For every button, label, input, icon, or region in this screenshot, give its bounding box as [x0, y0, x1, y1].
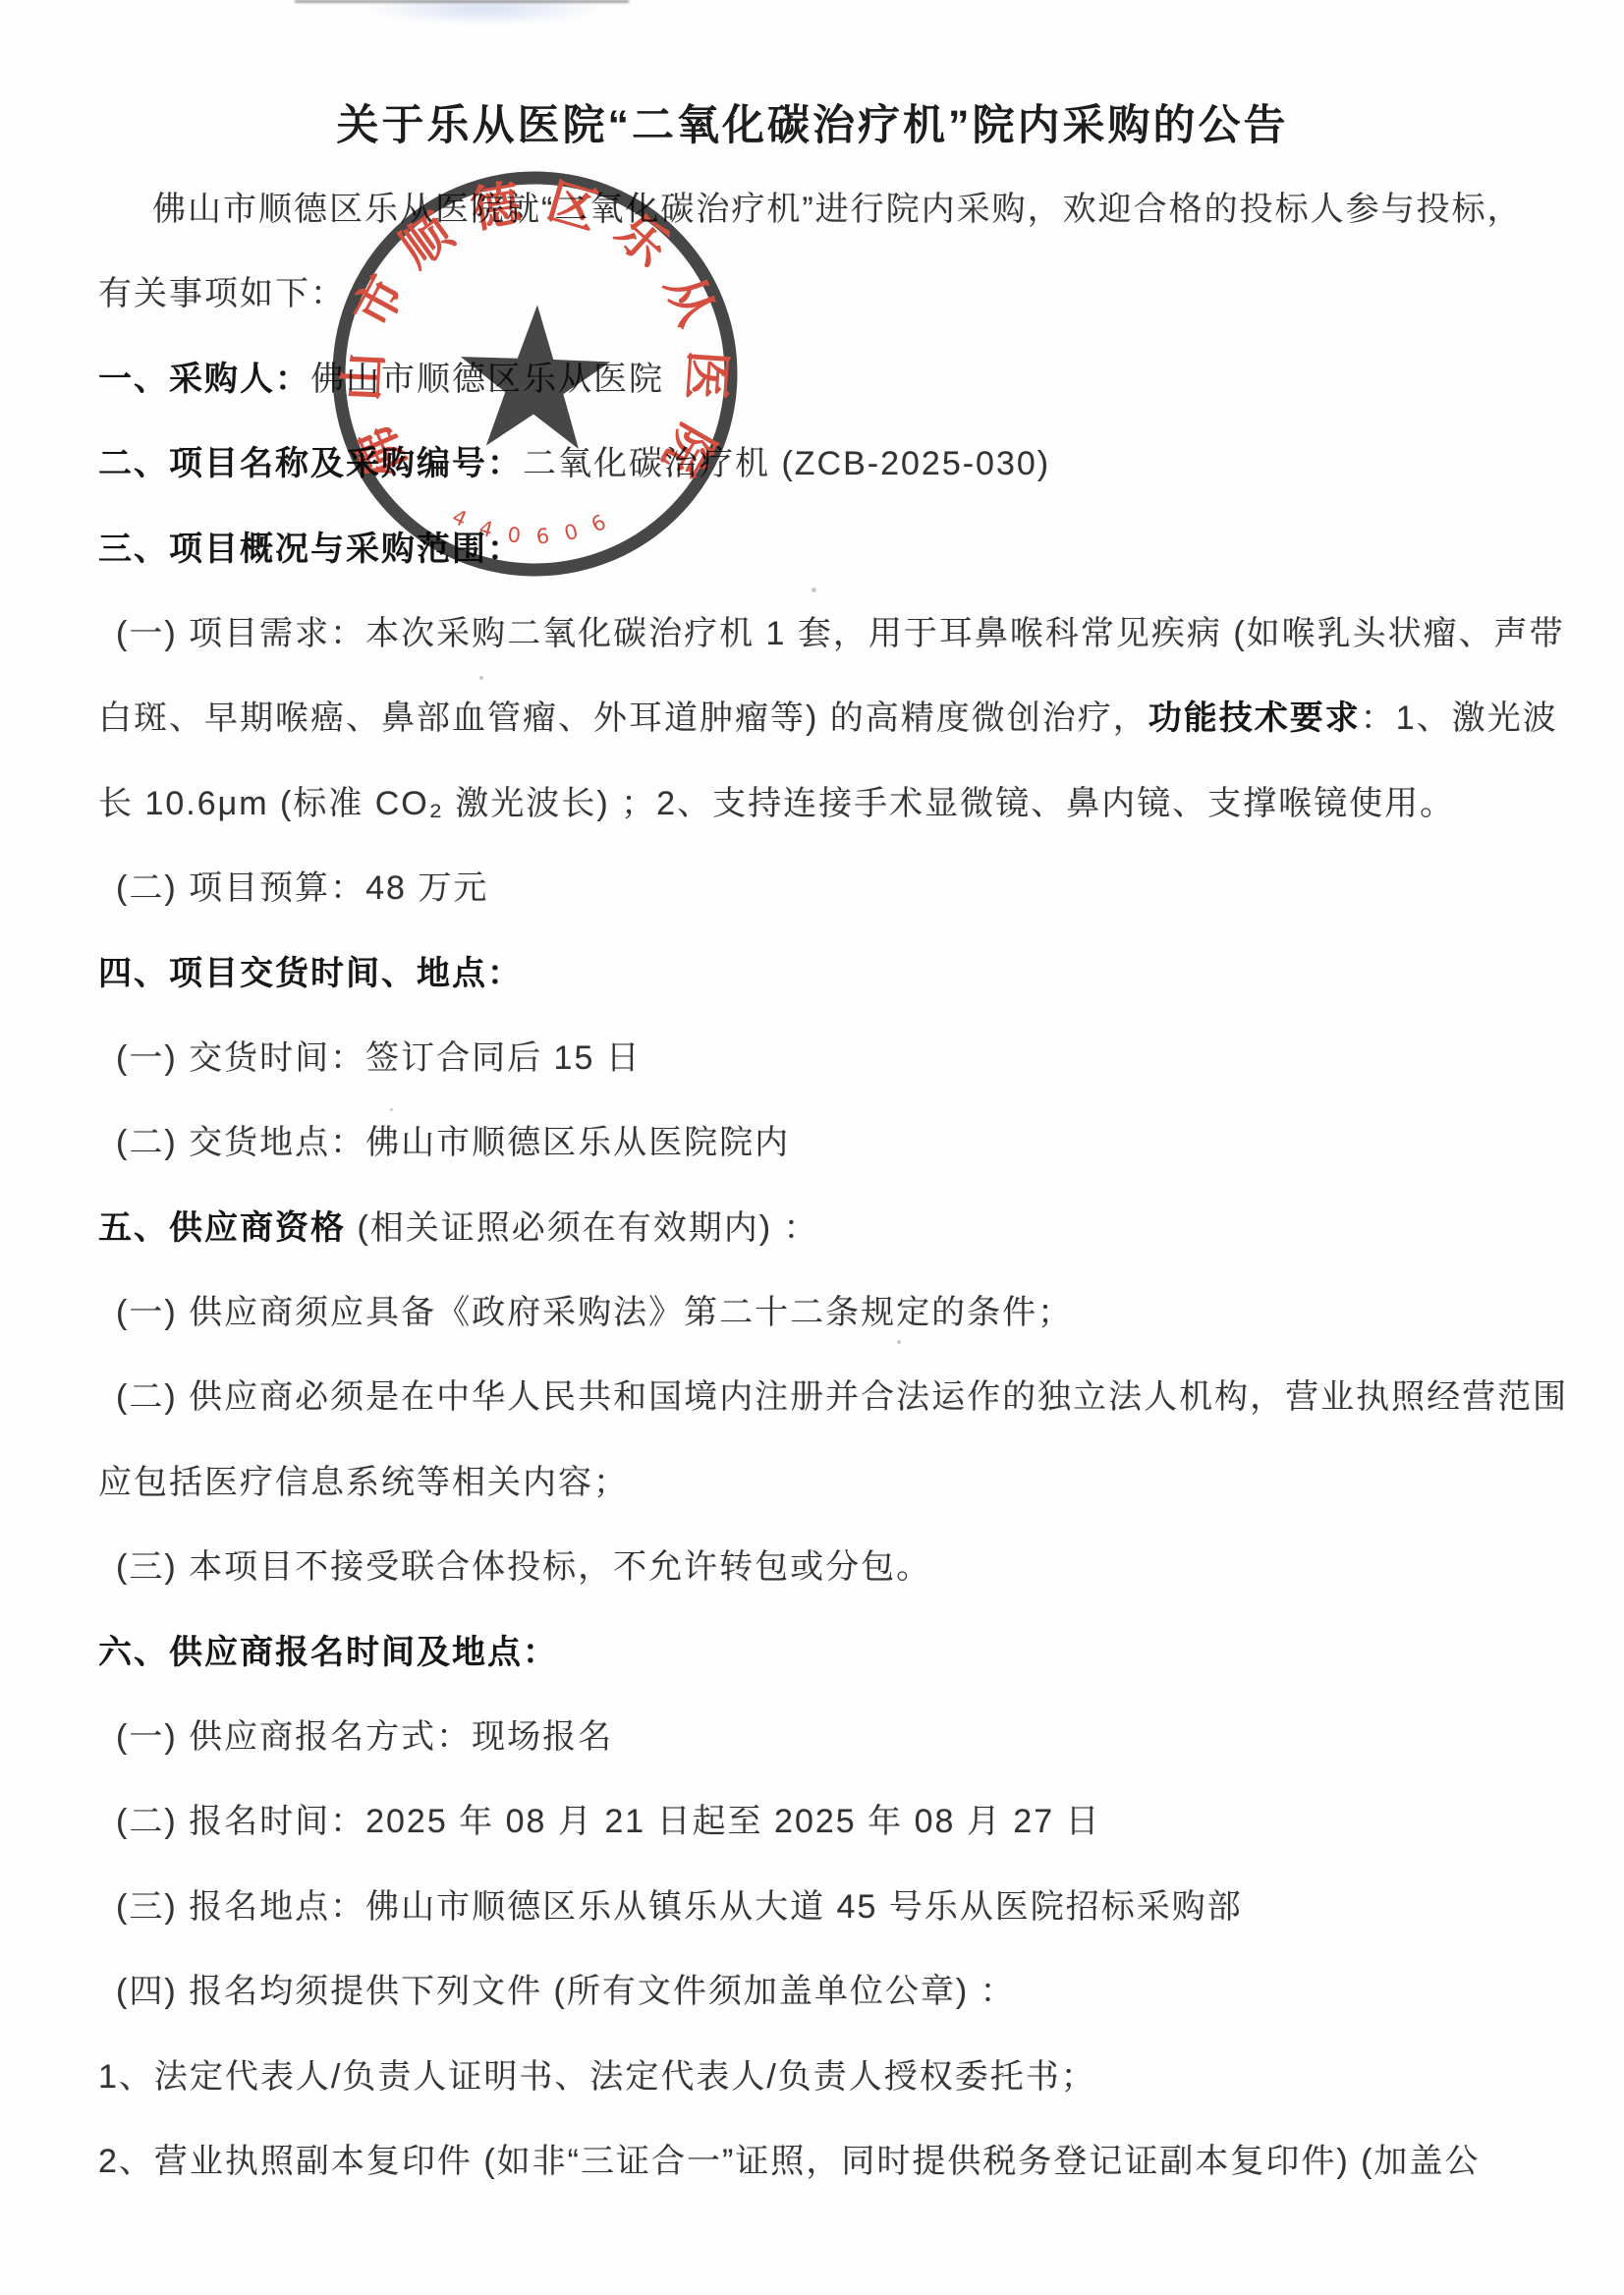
text-segment: 四、项目交货时间、地点： [98, 955, 523, 992]
doc-line: (二) 项目预算：48 万元 [98, 846, 1624, 930]
doc-line: (二) 供应商必须是在中华人民共和国境内注册并合法运作的独立法人机构，营业执照经… [98, 1355, 1624, 1439]
scan-speck [479, 676, 483, 680]
text-segment: 功能技术要求 [1148, 700, 1361, 737]
text-segment: 一、采购人： [98, 361, 310, 398]
text-segment: (相关证照必须在有效期内) ： [346, 1209, 819, 1247]
doc-line: 白斑、早期喉癌、鼻部血管瘤、外耳道肿瘤等) 的高精度微创治疗，功能技术要求：1、… [98, 676, 1624, 760]
text-segment: 2、营业执照副本复印件 (如非“三证合一”证照，同时提供税务登记证副本复印件) … [98, 2143, 1480, 2180]
doc-line: (三) 报名地点：佛山市顺德区乐从镇乐从大道 45 号乐从医院招标采购部 [98, 1865, 1624, 1949]
text-segment: (三) 本项目不接受联合体投标，不允许转包或分包。 [116, 1548, 931, 1586]
text-segment: 长 10.6μm (标准 CO₂ 激光波长) ；2、支持连接手术显微镜、鼻内镜、… [98, 785, 1455, 822]
document-title: 关于乐从医院“二氧化碳治疗机”院内采购的公告 [98, 94, 1527, 157]
doc-line: 应包括医疗信息系统等相关内容； [98, 1440, 1624, 1525]
doc-line: (一) 供应商须应具备《政府采购法》第二十二条规定的条件； [98, 1270, 1624, 1355]
scan-speck [812, 588, 816, 592]
text-segment: (一) 供应商须应具备《政府采购法》第二十二条规定的条件； [116, 1294, 1073, 1331]
doc-line: (二) 交货地点：佛山市顺德区乐从医院院内 [98, 1100, 1624, 1185]
doc-line: (一) 供应商报名方式：现场报名 [98, 1695, 1624, 1779]
doc-line: 四、项目交货时间、地点： [98, 931, 1624, 1016]
doc-line: (一) 交货时间：签订合同后 15 日 [98, 1016, 1624, 1100]
star-icon [458, 303, 613, 450]
text-segment: (一) 供应商报名方式：现场报名 [116, 1718, 613, 1756]
text-segment: (二) 交货地点：佛山市顺德区乐从医院院内 [116, 1124, 790, 1161]
doc-line: 1、法定代表人/负责人证明书、法定代表人/负责人授权委托书； [98, 2035, 1624, 2119]
text-segment: (四) 报名均须提供下列文件 (所有文件须加盖单位公章) ： [116, 1973, 1016, 2010]
doc-line: (一) 项目需求：本次采购二氧化碳治疗机 1 套，用于耳鼻喉科常见疾病 (如喉乳… [98, 591, 1624, 676]
doc-line: (二) 报名时间：2025 年 08 月 21 日起至 2025 年 08 月 … [98, 1779, 1624, 1864]
text-segment: (二) 项目预算：48 万元 [116, 869, 488, 907]
doc-line: (三) 本项目不接受联合体投标，不允许转包或分包。 [98, 1525, 1624, 1609]
scan-speck [897, 1340, 901, 1344]
scanned-document-page: 关于乐从医院“二氧化碳治疗机”院内采购的公告 佛山市顺德区乐从医院就“二氧化碳治… [0, 0, 1624, 2295]
text-segment: 五、供应商资格 [98, 1209, 346, 1247]
text-segment: ：1、激光波 [1361, 700, 1558, 737]
text-segment: (三) 报名地点：佛山市顺德区乐从镇乐从大道 45 号乐从医院招标采购部 [116, 1888, 1243, 1926]
text-segment: 白斑、早期喉癌、鼻部血管瘤、外耳道肿瘤等) 的高精度微创治疗， [98, 700, 1148, 737]
hospital-red-seal: 佛山市顺德区乐从医院 440606450803 [319, 158, 752, 590]
text-segment: 有关事项如下： [98, 275, 346, 312]
doc-line: (四) 报名均须提供下列文件 (所有文件须加盖单位公章) ： [98, 1949, 1624, 2034]
text-segment: 六、供应商报名时间及地点： [98, 1634, 558, 1671]
text-segment: (二) 报名时间：2025 年 08 月 21 日起至 2025 年 08 月 … [116, 1803, 1101, 1840]
doc-line: 长 10.6μm (标准 CO₂ 激光波长) ；2、支持连接手术显微镜、鼻内镜、… [98, 761, 1624, 846]
text-segment: (一) 项目需求：本次采购二氧化碳治疗机 1 套，用于耳鼻喉科常见疾病 (如喉乳… [116, 615, 1565, 652]
scan-speck [390, 1108, 393, 1111]
scan-smudge-artifact [362, 0, 607, 26]
text-segment: 1、法定代表人/负责人证明书、法定代表人/负责人授权委托书； [98, 2058, 1096, 2096]
doc-line: 六、供应商报名时间及地点： [98, 1610, 1624, 1695]
scan-edge-artifact [295, 0, 629, 3]
doc-line: 佛山市顺德区乐从医院就“二氧化碳治疗机”进行院内采购，欢迎合格的投标人参与投标， [98, 167, 1624, 252]
text-segment: 应包括医疗信息系统等相关内容； [98, 1464, 629, 1501]
text-segment: (二) 供应商必须是在中华人民共和国境内注册并合法运作的独立法人机构，营业执照经… [116, 1378, 1568, 1416]
text-segment: (一) 交货时间：签订合同后 15 日 [116, 1039, 642, 1077]
doc-line: 五、供应商资格 (相关证照必须在有效期内) ： [98, 1186, 1624, 1270]
doc-line: 2、营业执照副本复印件 (如非“三证合一”证照，同时提供税务登记证副本复印件) … [98, 2119, 1624, 2204]
